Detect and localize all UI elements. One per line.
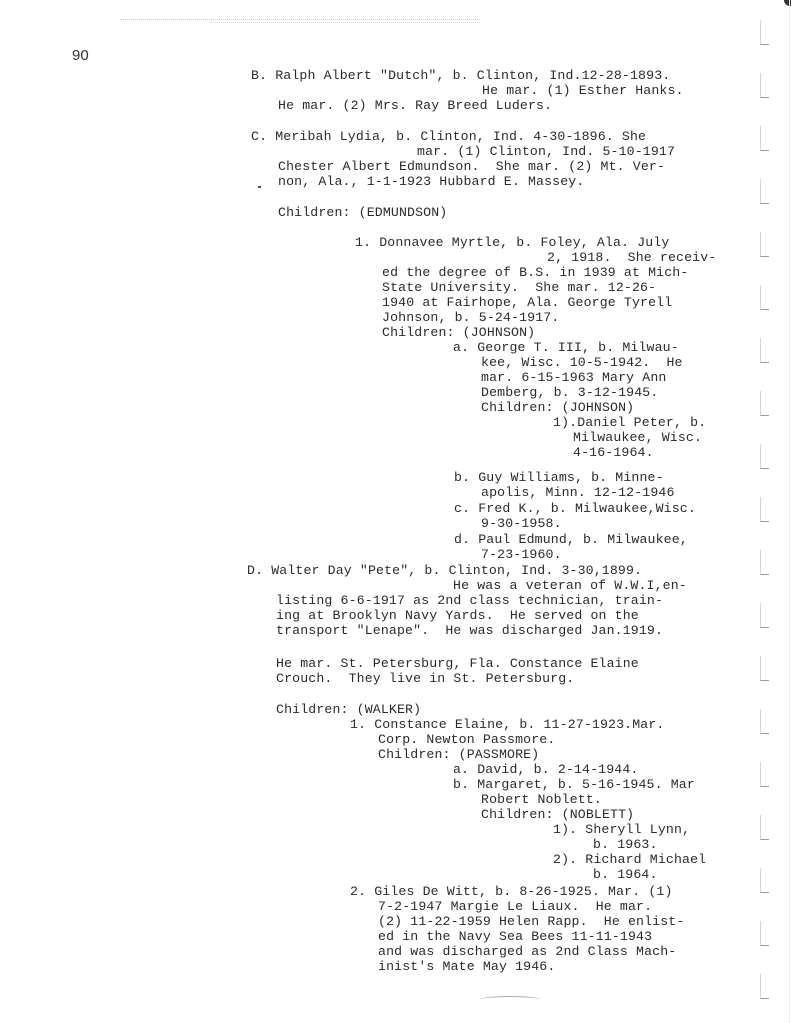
text-line: Corp. Newton Passmore. [378, 732, 555, 747]
text-line: Milwaukee, Wisc. [573, 430, 702, 445]
text-line: C. Meribah Lydia, b. Clinton, Ind. 4-30-… [251, 129, 646, 144]
text-line: listing 6-6-1917 as 2nd class technician… [276, 593, 663, 608]
text-line: ing at Brooklyn Navy Yards. He served on… [276, 608, 639, 623]
text-line: Crouch. They live in St. Petersburg. [276, 671, 574, 686]
text-line: 1. Donnavee Myrtle, b. Foley, Ala. July [355, 235, 670, 250]
section-heading: Children: (JOHNSON) [481, 400, 634, 415]
text-line: kee, Wisc. 10-5-1942. He [481, 355, 683, 370]
text-line: ed the degree of B.S. in 1939 at Mich- [382, 265, 688, 280]
scan-mark [480, 996, 540, 1003]
text-line: inist's Mate May 1946. [378, 959, 555, 974]
binder-tabs [760, 0, 790, 1023]
text-line: B. Ralph Albert "Dutch", b. Clinton, Ind… [251, 68, 670, 83]
document-page: 90 B. Ralph Albert "Dutch", b. Clinton, … [0, 0, 791, 1023]
text-line: a. David, b. 2-14-1944. [453, 762, 638, 777]
text-line: ed in the Navy Sea Bees 11-11-1943 [378, 929, 652, 944]
text-line: He mar. (2) Mrs. Ray Breed Luders. [278, 98, 552, 113]
stray-mark [258, 186, 261, 188]
section-heading: Children: (JOHNSON) [382, 325, 535, 340]
section-heading: Children: (WALKER) [276, 702, 421, 717]
text-line: a. George T. III, b. Milwau- [453, 340, 679, 355]
text-line: b. Guy Williams, b. Minne- [454, 470, 664, 485]
text-line: Robert Noblett. [481, 792, 602, 807]
page-number: 90 [72, 47, 89, 64]
section-heading: Children: (NOBLETT) [481, 807, 634, 822]
section-heading: Children: (EDMUNDSON) [278, 205, 447, 220]
text-line: He mar. (1) Esther Hanks. [482, 83, 684, 98]
text-line: 2). Richard Michael [553, 852, 706, 867]
text-line: 1. Constance Elaine, b. 11-27-1923.Mar. [350, 717, 665, 732]
text-line: 7-23-1960. [481, 547, 562, 562]
text-line: apolis, Minn. 12-12-1946 [481, 485, 675, 500]
text-line: Chester Albert Edmundson. She mar. (2) M… [278, 159, 665, 174]
text-line: mar. (1) Clinton, Ind. 5-10-1917 [417, 144, 675, 159]
text-line: He mar. St. Petersburg, Fla. Constance E… [276, 656, 639, 671]
text-line: d. Paul Edmund, b. Milwaukee, [454, 532, 688, 547]
text-line: 9-30-1958. [481, 516, 562, 531]
text-line: 2, 1918. She receiv- [547, 250, 716, 265]
scan-noise [210, 22, 480, 25]
text-line: State University. She mar. 12-26- [382, 280, 656, 295]
text-line: 1). Sheryll Lynn, [553, 822, 690, 837]
text-line: non, Ala., 1-1-1923 Hubbard E. Massey. [278, 174, 584, 189]
text-line: Demberg, b. 3-12-1945. [481, 385, 658, 400]
text-line: and was discharged as 2nd Class Mach- [378, 944, 676, 959]
text-line: b. 1963. [593, 837, 658, 852]
text-line: b. 1964. [593, 867, 658, 882]
section-heading: Children: (PASSMORE) [378, 747, 539, 762]
text-line: c. Fred K., b. Milwaukee,Wisc. [454, 501, 696, 516]
text-line: He was a veteran of W.W.I,en- [453, 578, 687, 593]
text-line: 7-2-1947 Margie Le Liaux. He mar. [378, 899, 652, 914]
text-line: D. Walter Day "Pete", b. Clinton, Ind. 3… [247, 563, 642, 578]
text-line: 1940 at Fairhope, Ala. George Tyrell [382, 295, 672, 310]
text-line: Johnson, b. 5-24-1917. [382, 310, 559, 325]
text-line: mar. 6-15-1963 Mary Ann [481, 370, 666, 385]
text-line: 4-16-1964. [573, 445, 654, 460]
text-line: transport "Lenape". He was discharged Ja… [276, 623, 663, 638]
text-line: (2) 11-22-1959 Helen Rapp. He enlist- [378, 914, 684, 929]
text-line: b. Margaret, b. 5-16-1945. Mar [453, 777, 695, 792]
text-line: 2. Giles De Witt, b. 8-26-1925. Mar. (1) [350, 884, 673, 899]
text-line: 1).Daniel Peter, b. [553, 415, 706, 430]
